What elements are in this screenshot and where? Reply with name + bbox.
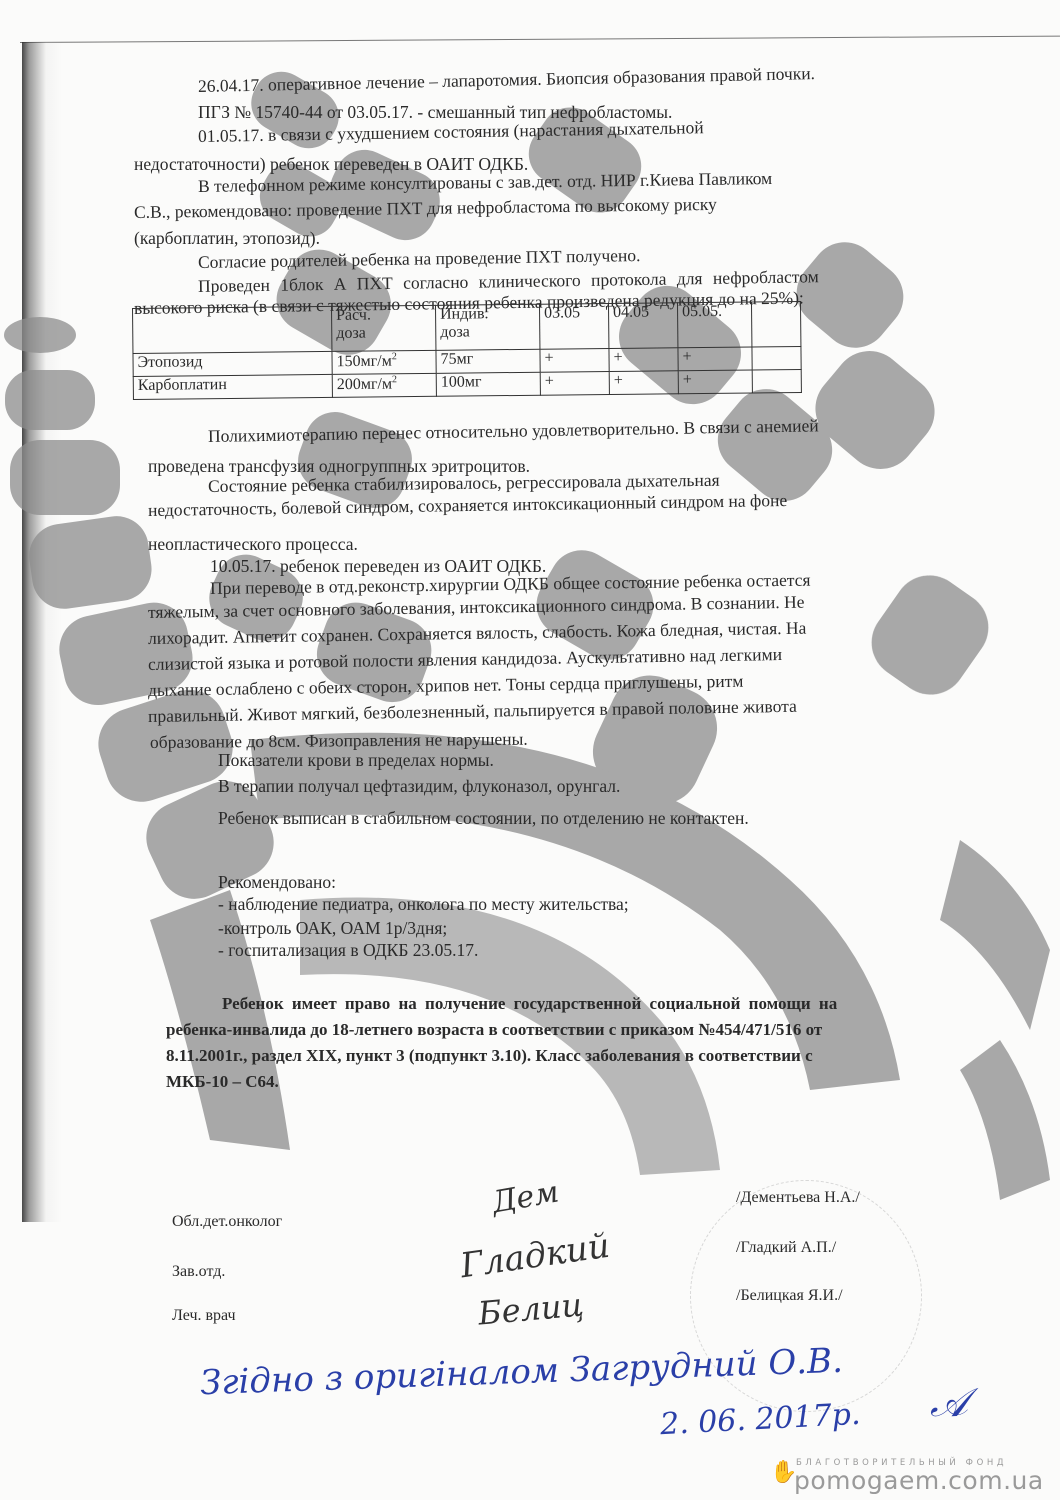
signature-role: Обл.дет.онколог — [172, 1212, 282, 1232]
table-header-cell — [133, 306, 332, 353]
text-line: (карбоплатин, этопозид). — [134, 228, 320, 248]
drug-name: Этопозид — [133, 351, 332, 376]
recommendation-item: - госпитализация в ОДКБ 23.05.17. — [218, 940, 478, 960]
text-line: Ребенок выписан в стабильном состоянии, … — [218, 808, 749, 828]
text-line: дыхание ослаблено с обеих сторон, хрипов… — [148, 671, 744, 700]
day-cell: + — [678, 347, 752, 371]
recommendation-item: -контроль ОАК, ОАМ 1р/3дня; — [218, 918, 447, 938]
calc-dose: 150мг/м2 — [332, 350, 436, 374]
indiv-dose: 100мг — [436, 372, 540, 396]
table-header-row: Расч.доза Индив.доза 03.05 04.05 05.05. — [133, 301, 801, 353]
signature-role: Зав.отд. — [172, 1262, 225, 1282]
table-header-cell: 05.05. — [677, 302, 751, 348]
table-header-cell: Индив.доза — [435, 304, 539, 350]
table-header-cell — [751, 301, 800, 347]
text-line: неопластического процесса. — [148, 534, 358, 554]
handwritten-signature: Белиц — [477, 1285, 586, 1332]
text-line: образование до 8см. Физоправления не нар… — [150, 729, 528, 752]
text-line: Согласие родителей ребенка на проведение… — [198, 245, 641, 272]
calc-dose: 200мг/м2 — [332, 373, 436, 397]
entitlement-text: Ребенок имеет право на получение государ… — [222, 994, 837, 1014]
indiv-dose: 75мг — [436, 349, 540, 373]
text-line: 26.04.17. оперативное лечение – лапарото… — [198, 63, 815, 96]
entitlement-text: ребенка-инвалида до 18-летнего возраста … — [166, 1020, 822, 1040]
text-line: слизистой языка и ротовой полости явлени… — [148, 644, 782, 674]
certification-note: Згідно з оригіналом Загрудний О.В. — [199, 1341, 843, 1403]
entitlement-text: МКБ-10 – С64. — [166, 1072, 279, 1092]
day-cell: + — [540, 372, 609, 396]
text-line: Полихимиотерапию перенес относительно уд… — [208, 415, 819, 446]
day-cell: + — [609, 348, 678, 372]
logo-site: pomogaem.com.ua — [794, 1466, 1044, 1495]
text-line: Показатели крови в пределах нормы. — [218, 750, 494, 770]
recommendation-title: Рекомендовано: — [218, 872, 336, 892]
certifier-signature: 𝒜 — [930, 1380, 968, 1426]
text-line: недостаточности) ребенок переведен в ОАИ… — [134, 154, 528, 174]
drug-name: Карбоплатин — [133, 374, 332, 399]
recommendation-item: - наблюдение педиатра, онколога по месту… — [218, 894, 629, 914]
text-line: В терапии получал цефтазидим, флуконазол… — [218, 776, 620, 796]
signature-name: /Белицкая Я.И./ — [736, 1286, 843, 1306]
chemotherapy-table: Расч.доза Индив.доза 03.05 04.05 05.05. … — [132, 301, 802, 400]
handwritten-signature: Дем — [489, 1174, 561, 1220]
text-line: С.В., рекомендовано: проведение ПХТ для … — [134, 194, 717, 222]
signature-name: /Дементьева Н.А./ — [736, 1188, 860, 1208]
table-header-cell: 04.05 — [608, 303, 677, 349]
entitlement-text: 8.11.2001г., раздел XIX, пункт 3 (подпун… — [166, 1046, 813, 1066]
signature-name: /Гладкий А.П./ — [736, 1238, 836, 1258]
day-cell — [752, 346, 801, 370]
handwritten-signature: Гладкий — [458, 1226, 612, 1286]
day-cell — [752, 369, 801, 393]
text-line: лихорадит. Аппетит сохранен. Сохраняется… — [148, 618, 807, 648]
day-cell: + — [609, 371, 678, 395]
medical-document: 26.04.17. оперативное лечение – лапарото… — [0, 0, 1060, 1500]
text-line: правильный. Живот мягкий, безболезненный… — [148, 696, 797, 726]
day-cell: + — [678, 370, 752, 394]
table-header-cell: 03.05 — [539, 304, 608, 350]
certification-date: 2. 06. 2017р. — [659, 1397, 861, 1442]
table-header-cell: Расч.доза — [331, 305, 435, 351]
signature-role: Леч. врач — [172, 1306, 236, 1326]
day-cell: + — [540, 349, 609, 373]
